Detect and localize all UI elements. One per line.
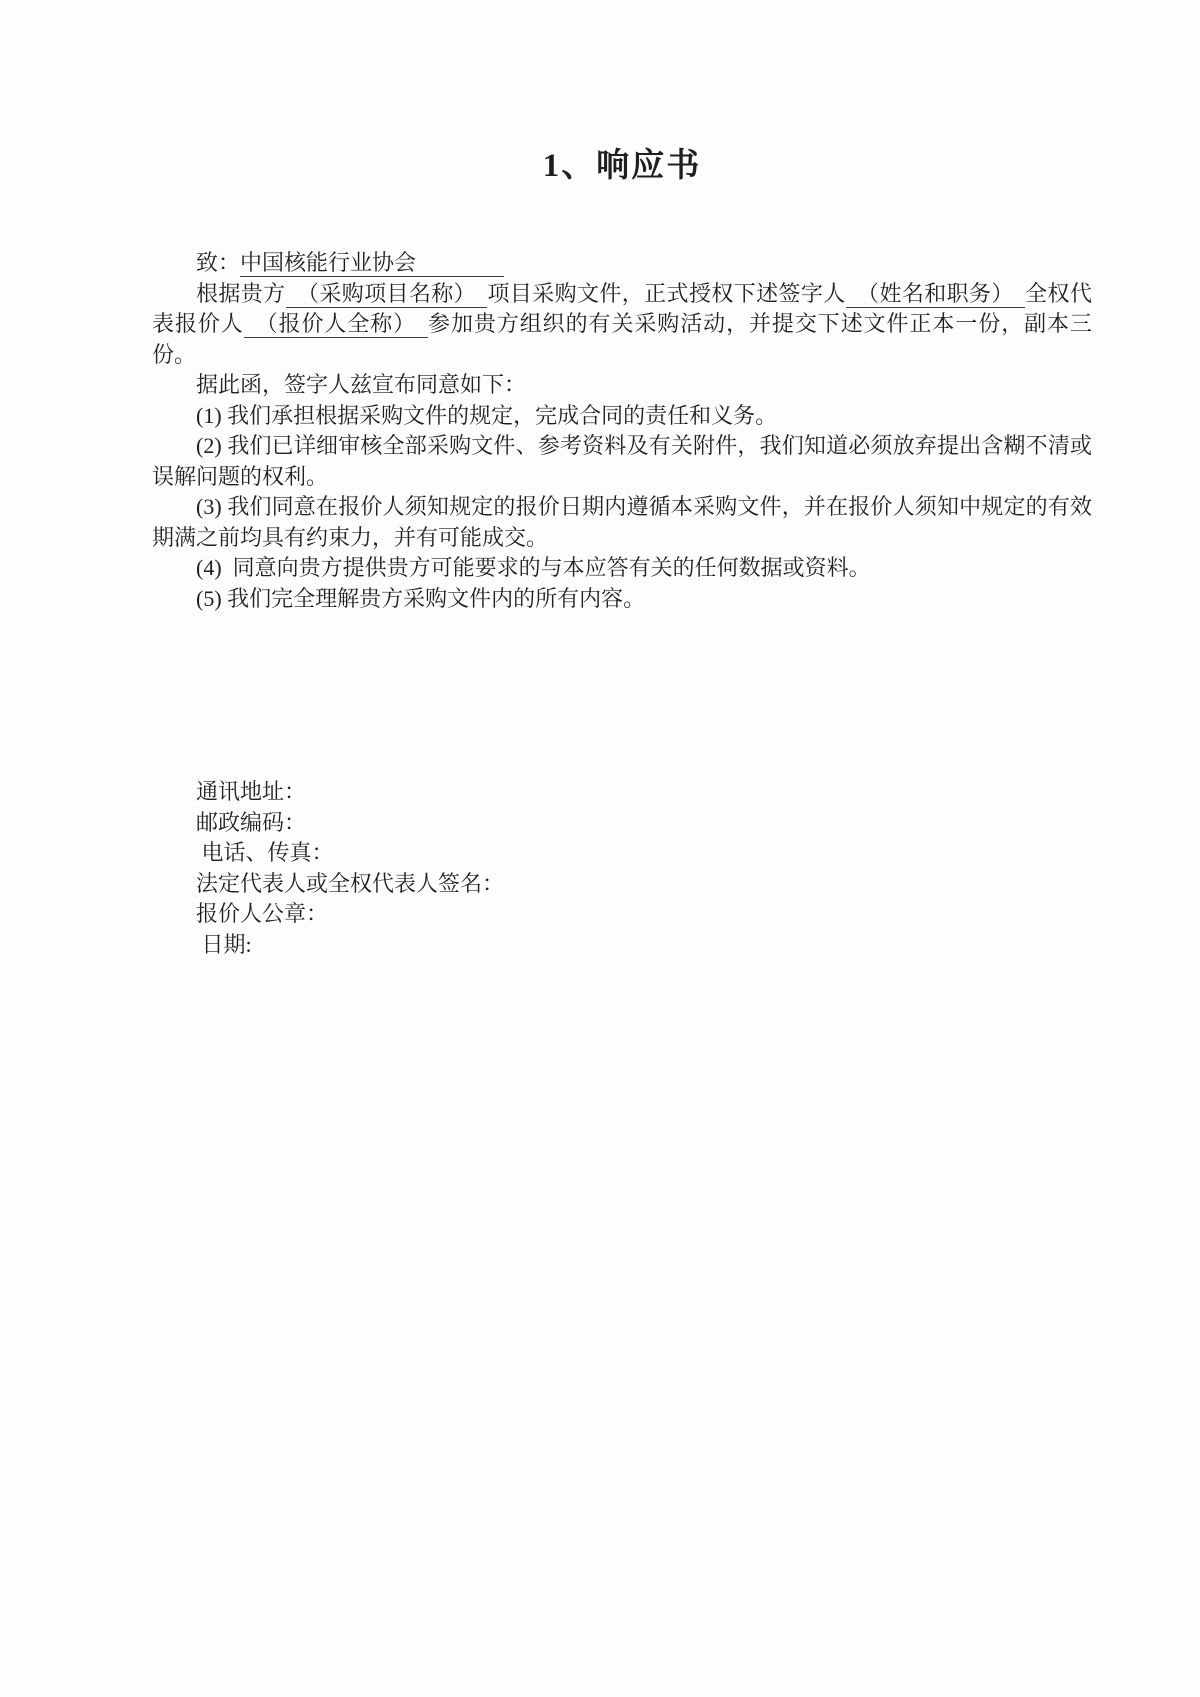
paragraph-item-5: (5) 我们完全理解贵方采购文件内的所有内容。	[152, 584, 1092, 615]
text-segment: (4) 同意向贵方提供贵方可能要求的与本应答有关的任何数据或资料。	[196, 555, 871, 580]
paragraph-authorization: 根据贵方 （采购项目名称） 项目采购文件，正式授权下述签字人 （姓名和职务） 全…	[152, 279, 1092, 371]
contact-block: 通讯地址：邮政编码： 电话、传真：法定代表人或全权代表人签名：报价人公章： 日期…	[152, 777, 1092, 960]
text-segment: 致：	[196, 250, 240, 275]
text-segment: (2) 我们已详细审核全部采购文件、参考资料及有关附件，我们知道必须放弃提出含糊…	[152, 433, 1092, 489]
contact-field-date: 日期:	[152, 930, 1092, 961]
paragraph-item-2: (2) 我们已详细审核全部采购文件、参考资料及有关附件，我们知道必须放弃提出含糊…	[152, 431, 1092, 492]
paragraph-item-4: (4) 同意向贵方提供贵方可能要求的与本应答有关的任何数据或资料。	[152, 553, 1092, 584]
paragraph-declaration-intro: 据此函，签字人兹宣布同意如下：	[152, 370, 1092, 401]
contact-field-phone-fax: 电话、传真：	[152, 838, 1092, 869]
document-content: 1、响应书 致：中国核能行业协会 根据贵方 （采购项目名称） 项目采购文件，正式…	[152, 146, 1092, 960]
paragraph-item-3: (3) 我们同意在报价人须知规定的报价日期内遵循本采购文件，并在报价人须知中规定…	[152, 492, 1092, 553]
fill-in-blank: 中国核能行业协会	[240, 250, 504, 277]
document-title: 1、响应书	[152, 146, 1092, 186]
text-segment: 项目采购文件，正式授权下述签字人	[487, 281, 845, 306]
paragraph-salutation: 致：中国核能行业协会	[152, 248, 1092, 279]
contact-field-seal: 报价人公章：	[152, 899, 1092, 930]
contact-field-signature: 法定代表人或全权代表人签名：	[152, 869, 1092, 900]
fill-in-blank: （报价人全称）	[244, 311, 428, 338]
contact-field-address: 通讯地址：	[152, 777, 1092, 808]
text-segment: (1) 我们承担根据采购文件的规定，完成合同的责任和义务。	[196, 403, 777, 428]
text-segment: (5) 我们完全理解贵方采购文件内的所有内容。	[196, 586, 645, 611]
document-page: 1、响应书 致：中国核能行业协会 根据贵方 （采购项目名称） 项目采购文件，正式…	[0, 0, 1200, 1697]
text-segment: 根据贵方	[196, 281, 286, 306]
text-segment: (3) 我们同意在报价人须知规定的报价日期内遵循本采购文件，并在报价人须知中规定…	[152, 494, 1092, 550]
fill-in-blank: （姓名和职务）	[846, 281, 1026, 308]
contact-field-postcode: 邮政编码：	[152, 808, 1092, 839]
body-paragraphs: 致：中国核能行业协会 根据贵方 （采购项目名称） 项目采购文件，正式授权下述签字…	[152, 248, 1092, 614]
text-segment: 据此函，签字人兹宣布同意如下：	[196, 372, 526, 397]
paragraph-item-1: (1) 我们承担根据采购文件的规定，完成合同的责任和义务。	[152, 401, 1092, 432]
fill-in-blank: （采购项目名称）	[286, 281, 488, 308]
